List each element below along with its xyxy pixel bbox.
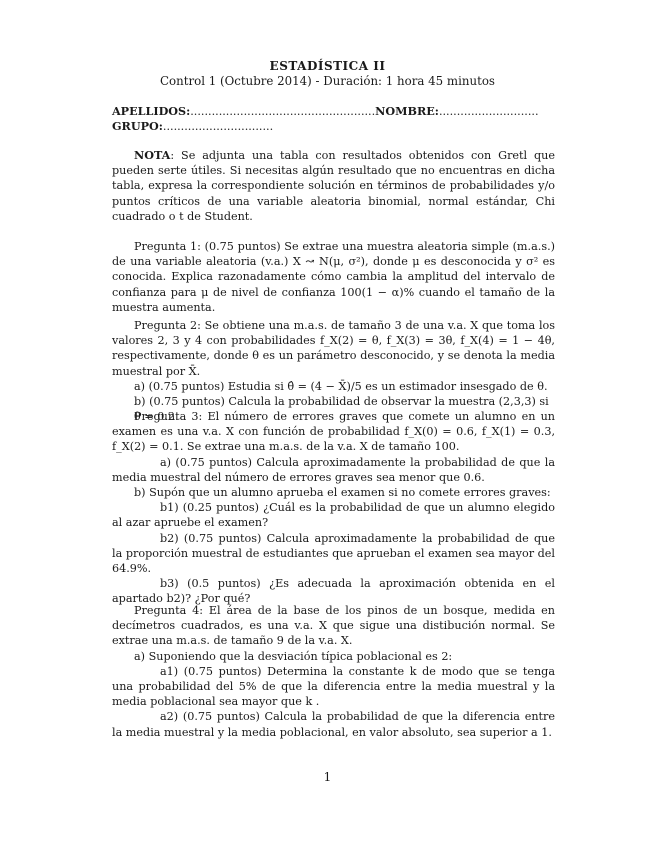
grupo-field[interactable]: ............................... (163, 120, 273, 133)
question-1-label: Pregunta 1 (134, 240, 197, 253)
student-fields: APELLIDOS:..............................… (112, 104, 555, 134)
grupo-line: GRUPO:............................... (112, 119, 555, 134)
nota-paragraph: NOTA: Se adjunta una tabla con resultado… (112, 148, 555, 224)
question-3-part-b: b) Supón que un alumno aprueba el examen… (112, 485, 555, 500)
exam-subtitle: Control 1 (Octubre 2014) - Duración: 1 h… (0, 74, 655, 88)
question-1: Pregunta 1: (0.75 puntos) Se extrae una … (112, 239, 555, 315)
question-3-part-b2: b2) (0.75 puntos) Calcula aproximadament… (112, 531, 555, 577)
question-4-part-a: a) Suponiendo que la desviación típica p… (112, 649, 555, 664)
question-3-part-b1: b1) (0.25 puntos) ¿Cuál es la probabilid… (112, 500, 555, 530)
nota-label: NOTA (134, 148, 170, 162)
question-2-part-a: a) (0.75 puntos) Estudia si θ̂ = (4 − X̄… (112, 379, 555, 394)
exam-page: ESTADÍSTICA II Control 1 (Octubre 2014) … (0, 0, 655, 848)
exam-title: ESTADÍSTICA II (0, 59, 655, 73)
question-4-label: Pregunta 4 (134, 604, 199, 617)
question-4-part-a2: a2) (0.75 puntos) Calcula la probabilida… (112, 709, 555, 739)
question-4-stem: Pregunta 4: El área de la base de los pi… (112, 603, 555, 649)
apellidos-nombre-line: APELLIDOS:..............................… (112, 104, 555, 119)
question-3-stem: Pregunta 3: El número de errores graves … (112, 409, 555, 455)
grupo-label: GRUPO: (112, 119, 163, 133)
nombre-field[interactable]: ............................ (439, 105, 539, 118)
question-4-part-a1: a1) (0.75 puntos) Determina la constante… (112, 664, 555, 710)
question-2-label: Pregunta 2 (134, 319, 197, 332)
question-3: Pregunta 3: El número de errores graves … (112, 409, 555, 607)
question-3-part-a: a) (0.75 puntos) Calcula aproximadamente… (112, 455, 555, 485)
page-number: 1 (0, 770, 655, 784)
apellidos-field[interactable]: ........................................… (190, 105, 375, 118)
question-4: Pregunta 4: El área de la base de los pi… (112, 603, 555, 740)
question-3-label: Pregunta 3 (134, 410, 199, 423)
question-2-stem: Pregunta 2: Se obtiene una m.a.s. de tam… (112, 318, 555, 379)
nombre-label: NOMBRE: (375, 104, 439, 118)
nota-text: : Se adjunta una tabla con resultados ob… (112, 149, 555, 223)
apellidos-label: APELLIDOS: (112, 104, 190, 118)
